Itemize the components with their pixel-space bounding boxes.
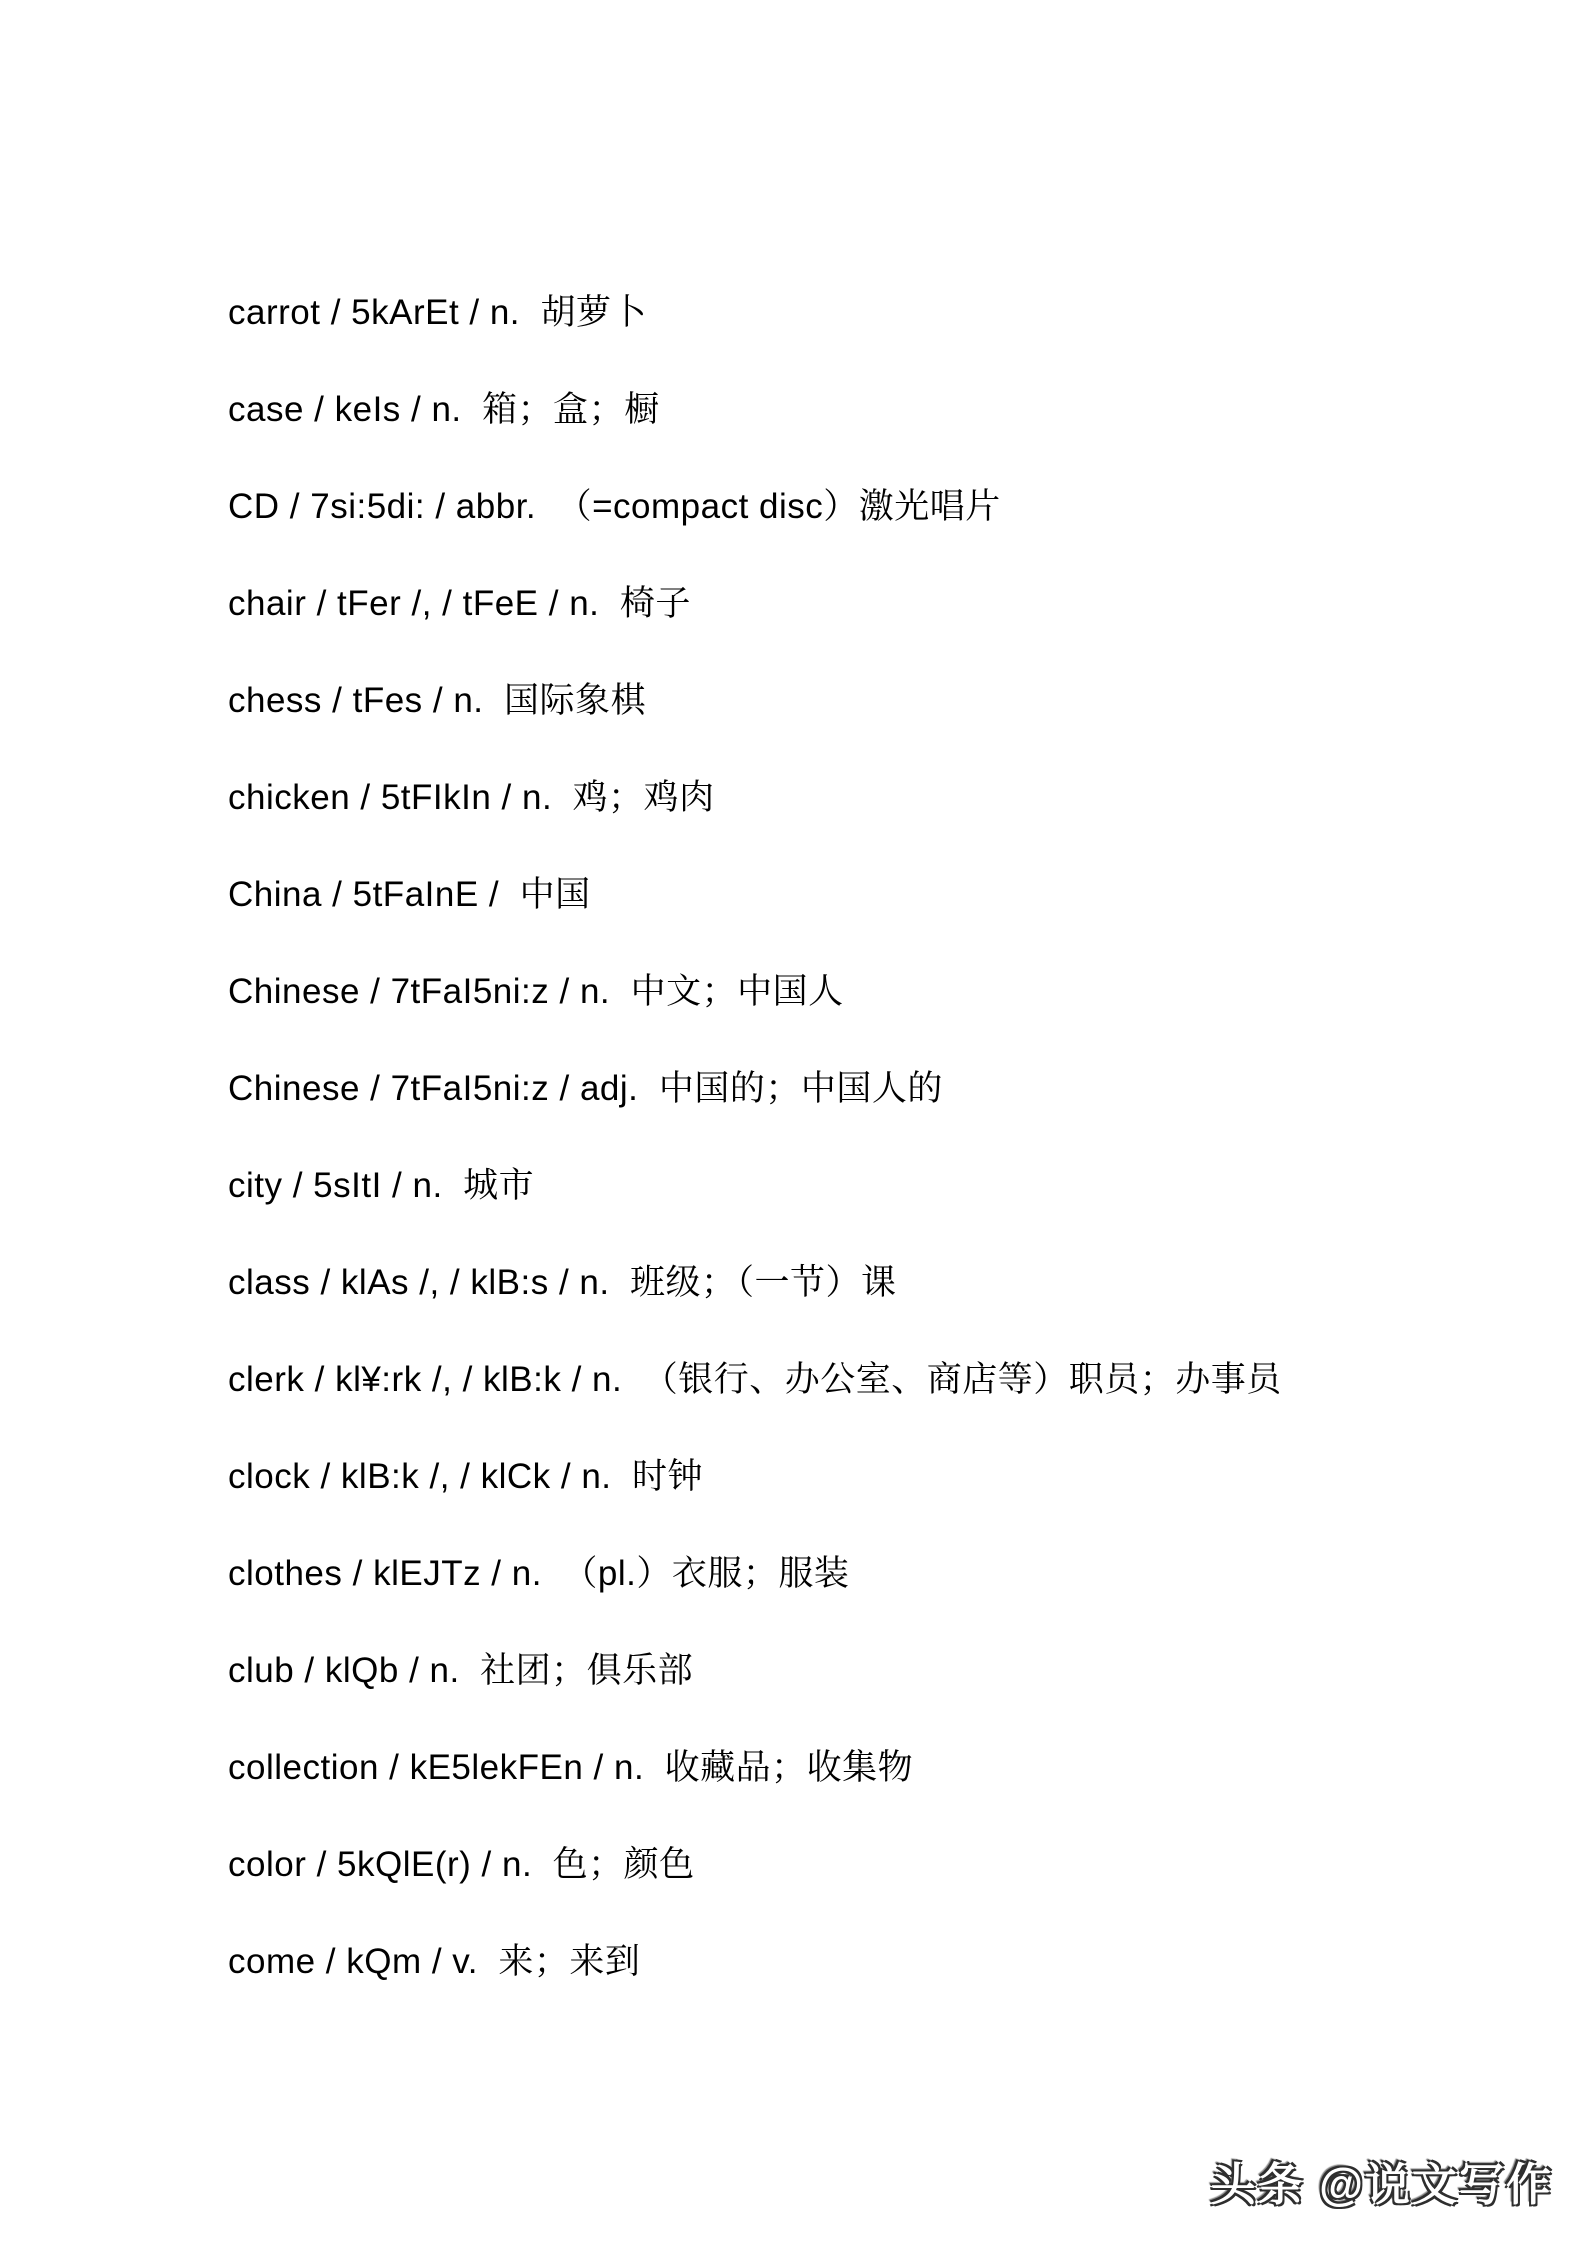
vocab-entry-color: color / 5kQlE(r) / n. 色；颜色 <box>228 1816 1558 1913</box>
vocab-entry-clerk: clerk / kl¥:rk /, / klB:k / n. （银行、办公室、商… <box>228 1331 1558 1428</box>
vocab-entry-case: case / keIs / n. 箱；盒；橱 <box>228 361 1558 458</box>
vocab-entry-chair: chair / tFer /, / tFeE / n. 椅子 <box>228 555 1558 652</box>
vocabulary-list: carrot / 5kArEt / n. 胡萝卜 case / keIs / n… <box>228 264 1558 2010</box>
vocab-entry-come: come / kQm / v. 来；来到 <box>228 1913 1558 2010</box>
vocab-entry-cd: CD / 7si:5di: / abbr. （=compact disc）激光唱… <box>228 458 1558 555</box>
vocab-entry-chess: chess / tFes / n. 国际象棋 <box>228 652 1558 749</box>
document-page: carrot / 5kArEt / n. 胡萝卜 case / keIs / n… <box>0 0 1587 2245</box>
vocab-entry-carrot: carrot / 5kArEt / n. 胡萝卜 <box>228 264 1558 361</box>
vocab-entry-city: city / 5sItI / n. 城市 <box>228 1137 1558 1234</box>
vocab-entry-collection: collection / kE5lekFEn / n. 收藏品；收集物 <box>228 1719 1558 1816</box>
vocab-entry-chicken: chicken / 5tFIkIn / n. 鸡；鸡肉 <box>228 749 1558 846</box>
vocab-entry-china: China / 5tFaInE / 中国 <box>228 846 1558 943</box>
toutiao-watermark: 头条 @说文写作 <box>1211 2148 1553 2213</box>
vocab-entry-class: class / klAs /, / klB:s / n. 班级；（一节）课 <box>228 1234 1558 1331</box>
vocab-entry-club: club / klQb / n. 社团；俱乐部 <box>228 1622 1558 1719</box>
vocab-entry-clothes: clothes / klEJTz / n. （pl.）衣服；服装 <box>228 1525 1558 1622</box>
vocab-entry-chinese-n: Chinese / 7tFaI5ni:z / n. 中文；中国人 <box>228 943 1558 1040</box>
vocab-entry-clock: clock / klB:k /, / klCk / n. 时钟 <box>228 1428 1558 1525</box>
vocab-entry-chinese-adj: Chinese / 7tFaI5ni:z / adj. 中国的；中国人的 <box>228 1040 1558 1137</box>
